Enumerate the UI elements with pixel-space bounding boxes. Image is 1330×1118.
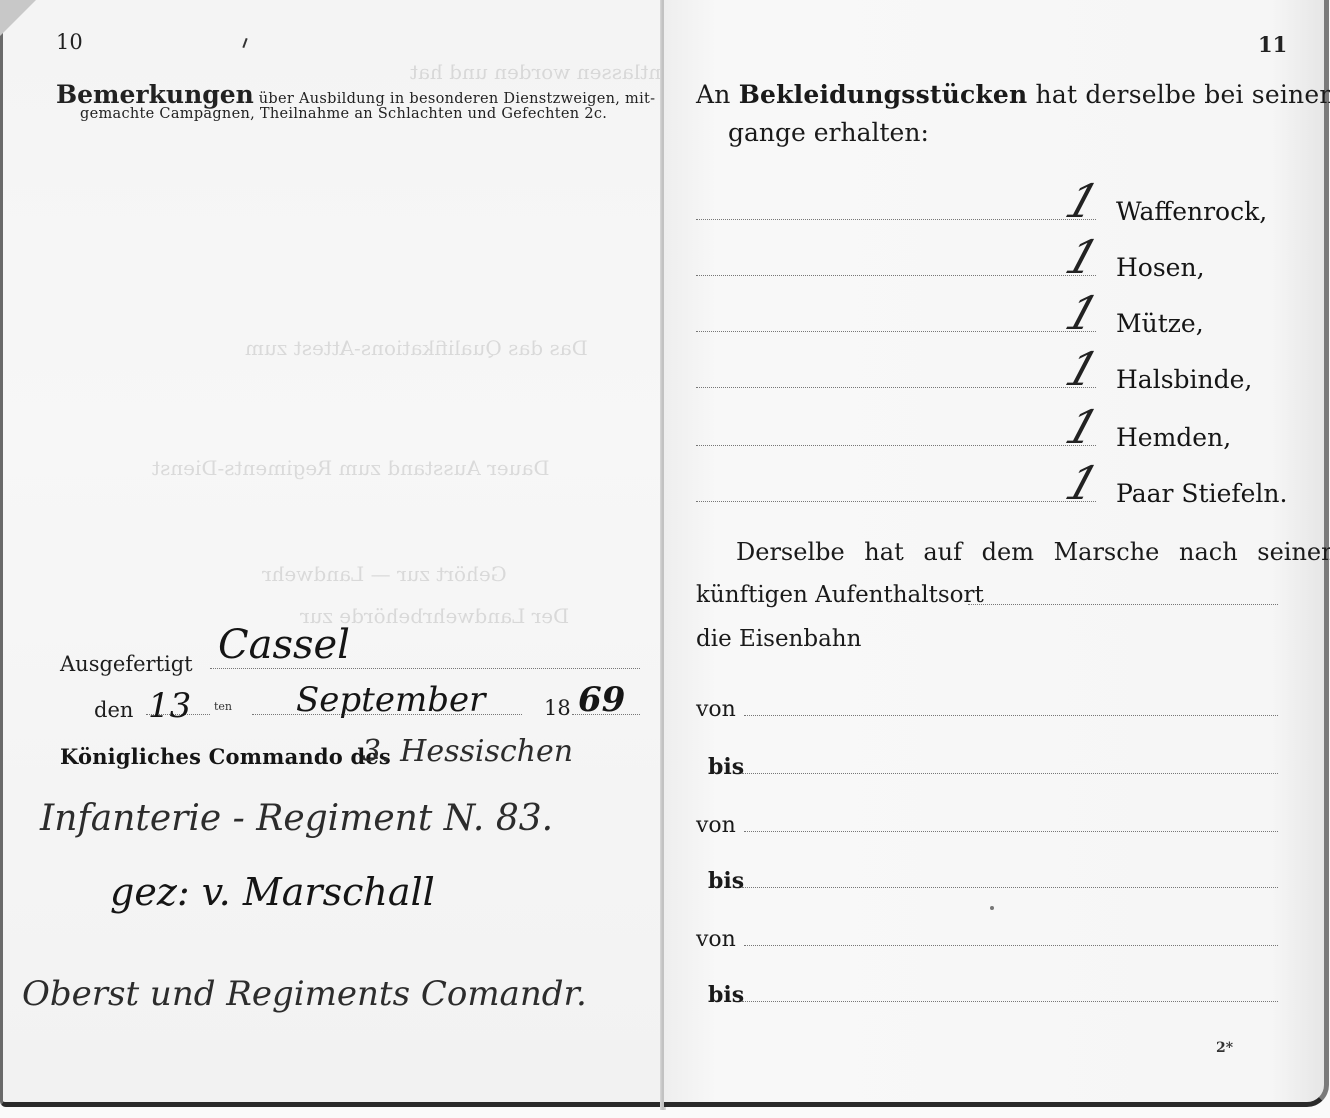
clothing-row: 1 Paar Stiefeln. xyxy=(696,468,1296,508)
folded-corner xyxy=(0,0,36,36)
year-prefix: 18 xyxy=(544,696,571,720)
route-row-from: von xyxy=(696,808,1280,838)
left-heading-rest: über Ausbildung in besonderen Dienstzwei… xyxy=(259,91,656,107)
left-heading-line2: gemachte Campagnen, Theilnahme an Schlac… xyxy=(80,106,607,122)
route-row-to: bis xyxy=(708,750,1280,780)
day-suffix: ten xyxy=(214,700,232,713)
clothing-dotted-line xyxy=(696,501,1096,502)
clothing-dotted-line xyxy=(696,275,1096,276)
bleed-through-text: Dauer Ausstand zum Regiments-Dienst xyxy=(152,456,549,480)
route-input-line[interactable] xyxy=(742,1001,1278,1002)
bleed-through-text: Gehört zur — Landwehr xyxy=(262,562,507,586)
march-line1: Derselbe hat auf dem Marsche nach seinem xyxy=(736,538,1330,566)
route-input-line[interactable] xyxy=(744,945,1278,946)
route-row-from: von xyxy=(696,922,1280,952)
clothing-item-label: Mütze, xyxy=(1116,309,1204,338)
route-input-line[interactable] xyxy=(744,715,1278,716)
clothing-item-label: Paar Stiefeln. xyxy=(1116,479,1287,508)
clothing-item-label: Hemden, xyxy=(1116,423,1231,452)
route-input-line[interactable] xyxy=(742,887,1278,888)
left-heading-lead: Bemerkungen xyxy=(56,80,254,109)
route-label: bis xyxy=(708,868,744,894)
route-row-to: bis xyxy=(708,864,1280,894)
route-input-line[interactable] xyxy=(744,831,1278,832)
bleed-through-text: Das das Qualifikations-Attest zum xyxy=(245,336,588,360)
issued-place-handwritten[interactable]: Cassel xyxy=(218,622,350,668)
route-label: bis xyxy=(708,754,744,780)
clothing-item-label: Halsbinde, xyxy=(1116,365,1252,394)
issued-label: Ausgefertigt xyxy=(60,652,193,676)
destination-line xyxy=(968,604,1278,605)
signature-handwritten[interactable]: gez: v. Marschall xyxy=(110,870,435,914)
clothing-dotted-line xyxy=(696,387,1096,388)
den-label: den xyxy=(94,698,133,722)
month-handwritten[interactable]: September xyxy=(296,680,485,720)
page-number-right: 11 xyxy=(1258,32,1287,57)
clothing-row: 1 Mütze, xyxy=(696,298,1296,338)
passbook-spread: 10 Bemerkungen über Ausbildung in besond… xyxy=(0,0,1330,1118)
clothing-row: 1 Hosen, xyxy=(696,242,1296,282)
year-handwritten[interactable]: 69 xyxy=(578,680,625,720)
route-label: von xyxy=(696,813,736,838)
clothing-item-label: Hosen, xyxy=(1116,253,1205,282)
route-input-line[interactable] xyxy=(742,773,1278,774)
clothing-dotted-line xyxy=(696,445,1096,446)
route-label: bis xyxy=(708,982,744,1008)
command-label: Königliches Commando des xyxy=(60,744,391,769)
paper-speck xyxy=(990,906,994,910)
clothing-item-label: Waffenrock, xyxy=(1116,197,1267,226)
left-page xyxy=(0,0,665,1107)
right-heading-line1: An Bekleidungsstücken hat derselbe bei s… xyxy=(696,80,1330,109)
clothing-row: 1 Halsbinde, xyxy=(696,354,1296,394)
right-heading-rest: hat derselbe bei seinem Ab= xyxy=(1036,80,1330,109)
right-heading-line2: gange erhalten: xyxy=(728,118,929,147)
issued-place-line xyxy=(210,668,640,669)
clothing-dotted-line xyxy=(696,331,1096,332)
route-row-to: bis xyxy=(708,978,1280,1008)
march-line2: künftigen Aufenthaltsort xyxy=(696,582,984,608)
right-heading-prefix: An xyxy=(696,80,731,109)
unit-handwritten-line1[interactable]: 3. Hessischen xyxy=(362,734,573,769)
page-number-left: 10 xyxy=(56,30,83,54)
march-line3: die Eisenbahn xyxy=(696,626,861,652)
clothing-row: 1 Waffenrock, xyxy=(696,186,1296,226)
route-row-from: von xyxy=(696,692,1280,722)
rank-handwritten[interactable]: Oberst und Regiments Comandr. xyxy=(22,974,587,1014)
clothing-row: 1 Hemden, xyxy=(696,412,1296,452)
day-handwritten[interactable]: 13 xyxy=(148,686,191,726)
route-label: von xyxy=(696,697,736,722)
unit-handwritten-line2[interactable]: Infanterie - Regiment N. 83. xyxy=(40,798,553,839)
right-heading-bold: Bekleidungsstücken xyxy=(739,80,1028,109)
clothing-dotted-line xyxy=(696,219,1096,220)
route-label: von xyxy=(696,927,736,952)
signature-mark: 2* xyxy=(1216,1040,1233,1056)
left-heading-line1: Bemerkungen über Ausbildung in besondere… xyxy=(56,80,655,109)
